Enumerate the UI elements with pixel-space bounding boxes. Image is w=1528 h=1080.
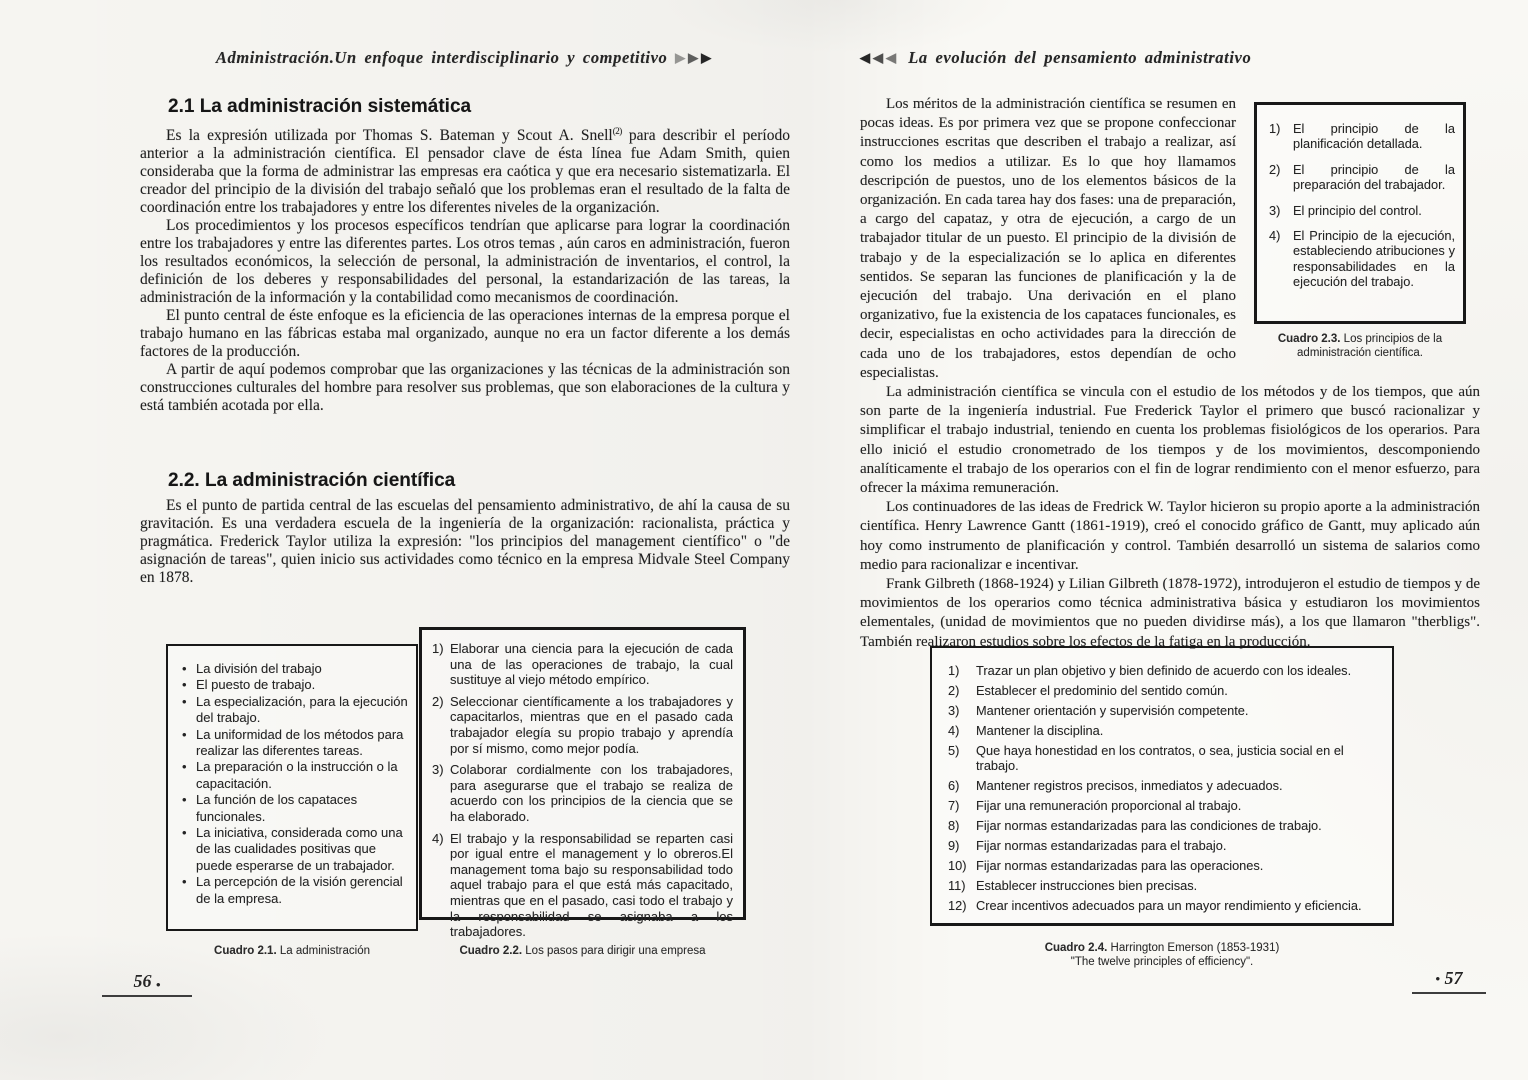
list-item: 8)Fijar normas estandarizadas para las c…: [948, 818, 1380, 833]
list-item-text: La función de los capataces funcionales.: [196, 792, 408, 825]
item-number: 12): [948, 898, 976, 913]
cuadro-2-4-caption: Cuadro 2.4. Harrington Emerson (1853-193…: [930, 941, 1394, 969]
forward-arrows-icon: ▶▶▶: [675, 50, 714, 65]
list-item: 1)El principio de la planificación detal…: [1269, 121, 1455, 152]
cuadro-2-2-box: 1)Elaborar una ciencia para la ejecución…: [419, 627, 746, 920]
list-item-text: Crear incentivos adecuados para un mayor…: [976, 898, 1362, 913]
item-number: 11): [948, 878, 976, 893]
cuadro-2-1-caption: Cuadro 2.1. La administración: [166, 944, 418, 958]
right-page-body: 1)El principio de la planificación detal…: [860, 95, 1480, 652]
bullet-icon: •: [182, 874, 196, 890]
list-item: 1)Elaborar una ciencia para la ejecución…: [432, 641, 733, 688]
list-item-text: La iniciativa, considerada como una de l…: [196, 825, 408, 874]
list-item: 4)El Principio de la ejecución, establec…: [1269, 228, 1455, 290]
list-item: 3)El principio del control.: [1269, 203, 1455, 218]
cuadro-2-3-box: 1)El principio de la planificación detal…: [1254, 102, 1466, 324]
list-item-text: Establecer el predominio del sentido com…: [976, 683, 1228, 698]
list-item-text: La especialización, para la ejecución de…: [196, 694, 408, 727]
caption-text: La administración: [277, 945, 370, 957]
page-number-text: 56: [133, 971, 151, 991]
list-item-text: El Principio de la ejecución, establecie…: [1293, 228, 1455, 290]
list-item-text: La división del trabajo: [196, 661, 322, 677]
list-item: •La uniformidad de los métodos para real…: [182, 727, 408, 760]
caption-text: Los pasos para dirigir una empresa: [522, 945, 705, 957]
bullet-icon: •: [182, 694, 196, 710]
list-item-text: El principio de la planificación detalla…: [1293, 121, 1455, 152]
list-item: 6)Mantener registros precisos, inmediato…: [948, 778, 1380, 793]
item-number: 9): [948, 838, 976, 853]
cuadro-2-2-caption: Cuadro 2.2. Los pasos para dirigir una e…: [419, 944, 746, 958]
list-item-text: Trazar un plan objetivo y bien definido …: [976, 663, 1351, 678]
list-item-text: Mantener la disciplina.: [976, 723, 1103, 738]
item-number: 2): [1269, 162, 1293, 177]
list-item: 2)Establecer el predominio del sentido c…: [948, 683, 1380, 698]
cuadro-2-3-caption: Cuadro 2.3. Los principios de la adminis…: [1254, 332, 1466, 360]
running-header-right-title: La evolución del pensamiento administrat…: [908, 48, 1251, 67]
caption-text: Harrington Emerson (1853-1931): [1107, 942, 1279, 954]
list-item-text: Fijar normas estandarizadas para las ope…: [976, 858, 1263, 873]
section-heading-2-1: 2.1 La administración sistemática: [168, 96, 471, 118]
item-number: 3): [1269, 203, 1293, 218]
section-heading-2-2: 2.2. La administración científica: [168, 470, 455, 492]
item-number: 3): [948, 703, 976, 718]
item-number: 10): [948, 858, 976, 873]
paragraph-2-1-4: A partir de aquí podemos comprobar que l…: [140, 361, 790, 415]
item-number: 1): [948, 663, 976, 678]
list-item: 1)Trazar un plan objetivo y bien definid…: [948, 663, 1380, 678]
book-spread-scan: Administración.Un enfoque interdisciplin…: [0, 0, 1528, 1080]
list-item-text: Fijar una remuneración proporcional al t…: [976, 798, 1241, 813]
item-number: 2): [432, 694, 450, 710]
page-marker-dot: •: [1435, 971, 1440, 986]
list-item-text: Seleccionar científicamente a los trabaj…: [450, 694, 733, 756]
page-number-right: • 57: [1412, 968, 1486, 994]
caption-label: Cuadro 2.2.: [459, 945, 522, 957]
list-item-text: La percepción de la visión gerencial de …: [196, 874, 408, 907]
item-number: 1): [432, 641, 450, 657]
bullet-icon: •: [182, 825, 196, 841]
running-header-left-title: Administración.Un enfoque interdisciplin…: [216, 48, 668, 67]
list-item-text: El puesto de trabajo.: [196, 677, 315, 693]
list-item: •La preparación o la instrucción o la ca…: [182, 759, 408, 792]
list-item-text: Colaborar cordialmente con los trabajado…: [450, 762, 733, 824]
paragraph-2-1-1: Es la expresión utilizada por Thomas S. …: [140, 122, 790, 217]
paragraph-right-2: La administración científica se vincula …: [860, 383, 1480, 498]
list-item: •La percepción de la visión gerencial de…: [182, 874, 408, 907]
caption-label: Cuadro 2.3.: [1278, 333, 1341, 345]
paragraph-2-1-3: El punto central de éste enfoque es la e…: [140, 307, 790, 361]
page-number-left: 56 •: [102, 971, 192, 997]
item-number: 3): [432, 762, 450, 778]
paragraph-right-4: Frank Gilbreth (1868-1924) y Lilian Gilb…: [860, 575, 1480, 652]
paragraph-text: Es la expresión utilizada por Thomas S. …: [166, 127, 613, 144]
list-item-text: Establecer instrucciones bien precisas.: [976, 878, 1197, 893]
item-number: 4): [1269, 228, 1293, 243]
list-item: 7)Fijar una remuneración proporcional al…: [948, 798, 1380, 813]
caption-label: Cuadro 2.4.: [1045, 942, 1108, 954]
cuadro-2-3-container: 1)El principio de la planificación detal…: [1248, 95, 1480, 360]
caption-line-2: "The twelve principles of efficiency".: [930, 955, 1394, 969]
item-number: 4): [948, 723, 976, 738]
bullet-icon: •: [182, 677, 196, 693]
paragraph-right-3: Los continuadores de las ideas de Fredri…: [860, 498, 1480, 575]
list-item: 3)Mantener orientación y supervisión com…: [948, 703, 1380, 718]
list-item: 11)Establecer instrucciones bien precisa…: [948, 878, 1380, 893]
list-item-text: Fijar normas estandarizadas para el trab…: [976, 838, 1226, 853]
list-item-text: El trabajo y la responsabilidad se repar…: [450, 831, 733, 940]
bullet-icon: •: [182, 792, 196, 808]
paragraph-2-2-1: Es el punto de partida central de las es…: [140, 497, 790, 587]
left-page-body-top: Es la expresión utilizada por Thomas S. …: [140, 122, 790, 415]
list-item: •La división del trabajo: [182, 661, 408, 677]
item-number: 8): [948, 818, 976, 833]
list-item: •La iniciativa, considerada como una de …: [182, 825, 408, 874]
item-number: 6): [948, 778, 976, 793]
list-item: 12)Crear incentivos adecuados para un ma…: [948, 898, 1380, 913]
running-header-right: ◀◀◀ La evolución del pensamiento adminis…: [860, 48, 1480, 68]
list-item-text: El principio del control.: [1293, 203, 1422, 218]
bullet-icon: •: [182, 759, 196, 775]
item-number: 7): [948, 798, 976, 813]
caption-line-1: Cuadro 2.4. Harrington Emerson (1853-193…: [930, 941, 1394, 955]
item-number: 4): [432, 831, 450, 847]
paragraph-2-1-2: Los procedimientos y los procesos especí…: [140, 217, 790, 307]
list-item: •La función de los capataces funcionales…: [182, 792, 408, 825]
list-item: •La especialización, para la ejecución d…: [182, 694, 408, 727]
list-item: 2)El principio de la preparación del tra…: [1269, 162, 1455, 193]
list-item: •El puesto de trabajo.: [182, 677, 408, 693]
list-item: 5)Que haya honestidad en los contratos, …: [948, 743, 1380, 773]
list-item-text: Elaborar una ciencia para la ejecución d…: [450, 641, 733, 688]
bullet-icon: •: [182, 661, 196, 677]
left-page-body-bottom: Es el punto de partida central de las es…: [140, 497, 790, 587]
page-number-text: 57: [1445, 968, 1463, 988]
bullet-icon: •: [182, 727, 196, 743]
list-item-text: El principio de la preparación del traba…: [1293, 162, 1455, 193]
back-arrows-icon: ◀◀◀: [860, 50, 908, 65]
list-item: 10)Fijar normas estandarizadas para las …: [948, 858, 1380, 873]
item-number: 5): [948, 743, 976, 758]
cuadro-2-1-box: •La división del trabajo •El puesto de t…: [166, 644, 418, 931]
list-item: 4)El trabajo y la responsabilidad se rep…: [432, 831, 733, 940]
caption-label: Cuadro 2.1.: [214, 945, 277, 957]
list-item-text: Fijar normas estandarizadas para las con…: [976, 818, 1322, 833]
page-marker-dot: •: [156, 977, 161, 992]
item-number: 2): [948, 683, 976, 698]
list-item: 4)Mantener la disciplina.: [948, 723, 1380, 738]
list-item-text: Mantener registros precisos, inmediatos …: [976, 778, 1283, 793]
list-item-text: Que haya honestidad en los contratos, o …: [976, 743, 1380, 773]
list-item-text: Mantener orientación y supervisión compe…: [976, 703, 1248, 718]
list-item-text: La preparación o la instrucción o la cap…: [196, 759, 408, 792]
list-item: 9)Fijar normas estandarizadas para el tr…: [948, 838, 1380, 853]
running-header-left: Administración.Un enfoque interdisciplin…: [140, 48, 790, 68]
list-item-text: La uniformidad de los métodos para reali…: [196, 727, 408, 760]
cuadro-2-4-box: 1)Trazar un plan objetivo y bien definid…: [930, 646, 1394, 926]
list-item: 3)Colaborar cordialmente con los trabaja…: [432, 762, 733, 824]
footnote-marker: (2): [613, 126, 622, 136]
list-item: 2)Seleccionar científicamente a los trab…: [432, 694, 733, 756]
item-number: 1): [1269, 121, 1293, 136]
